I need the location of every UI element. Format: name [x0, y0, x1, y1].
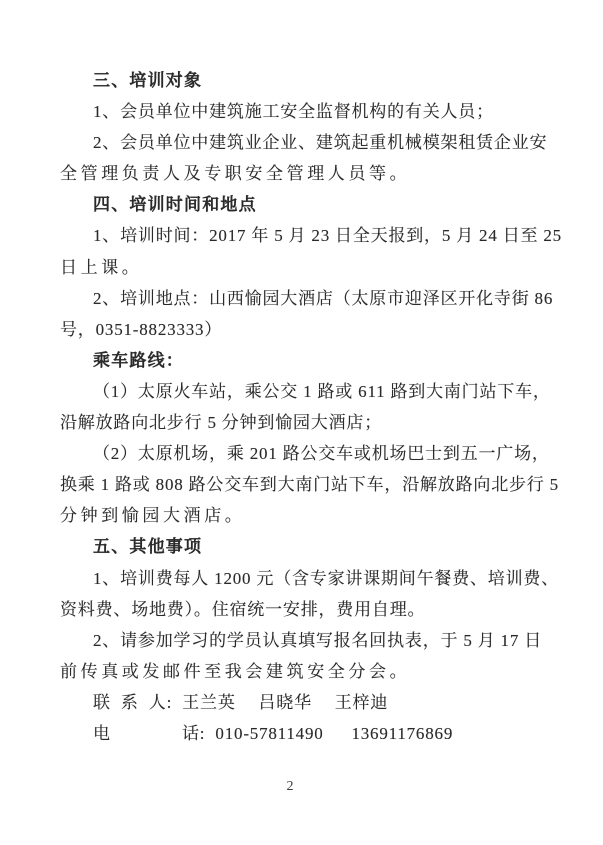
document-body: 三、培训对象1、会员单位中建筑施工安全监督机构的有关人员；2、会员单位中建筑业企…	[60, 65, 552, 749]
section-heading: 四、培训时间和地点	[60, 189, 552, 220]
document-line: 电 话: 010-57811490 13691176869	[60, 718, 552, 749]
document-line: 日上课。	[60, 252, 552, 283]
document-line: 分钟到愉园大酒店。	[60, 500, 552, 531]
document-line: 1、会员单位中建筑施工安全监督机构的有关人员；	[60, 96, 552, 127]
section-heading: 三、培训对象	[60, 65, 552, 96]
document-line: 资料费、场地费）。住宿统一安排，费用自理。	[60, 594, 552, 625]
document-line: （2）太原机场，乘 201 路公交车或机场巴士到五一广场，	[60, 438, 552, 469]
document-line: 2、会员单位中建筑业企业、建筑起重机械模架租赁企业安	[60, 127, 552, 158]
section-heading: 五、其他事项	[60, 531, 552, 562]
document-line: 1、培训时间：2017 年 5 月 23 日全天报到，5 月 24 日至 25	[60, 220, 552, 251]
document-line: 换乘 1 路或 808 路公交车到大南门站下车，沿解放路向北步行 5	[60, 469, 552, 500]
document-line: 前传真或发邮件至我会建筑安全分会。	[60, 656, 552, 687]
document-line: 2、培训地点：山西愉园大酒店（太原市迎泽区开化寺街 86	[60, 283, 552, 314]
scanned-document-page: 三、培训对象1、会员单位中建筑施工安全监督机构的有关人员；2、会员单位中建筑业企…	[0, 0, 603, 845]
document-line: 联 系 人: 王兰英 吕晓华 王梓迪	[60, 687, 552, 718]
section-heading: 乘车路线：	[60, 345, 552, 376]
document-line: 沿解放路向北步行 5 分钟到愉园大酒店；	[60, 407, 552, 438]
document-line: 1、培训费每人 1200 元（含专家讲课期间午餐费、培训费、	[60, 563, 552, 594]
document-line: 全管理负责人及专职安全管理人员等。	[60, 158, 552, 189]
document-line: 2、请参加学习的学员认真填写报名回执表，于 5 月 17 日	[60, 625, 552, 656]
document-line: 号，0351-8823333）	[60, 314, 552, 345]
page-number: 2	[0, 779, 580, 795]
document-line: （1）太原火车站，乘公交 1 路或 611 路到大南门站下车，	[60, 376, 552, 407]
